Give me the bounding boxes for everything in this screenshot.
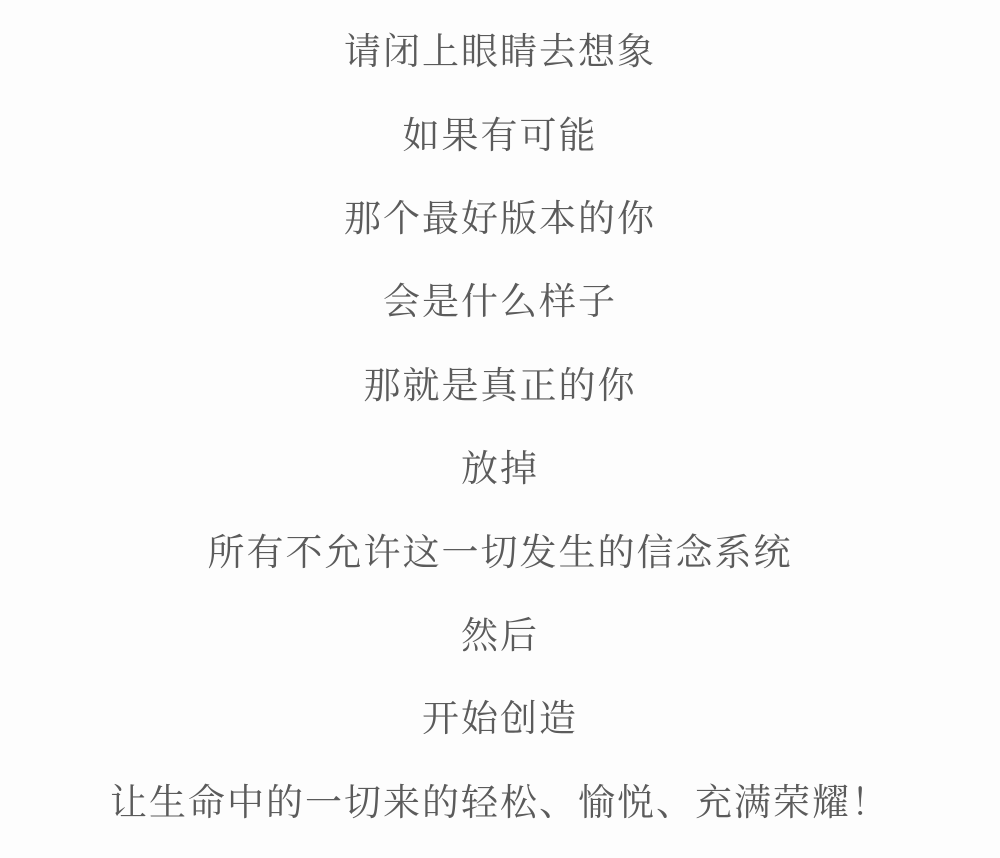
quote-line: 会是什么样子 xyxy=(0,260,1000,343)
quote-line: 如果有可能 xyxy=(0,93,1000,176)
quote-line: 那个最好版本的你 xyxy=(0,177,1000,260)
quote-line: 让生命中的一切来的轻松、愉悦、充满荣耀！ xyxy=(0,761,1000,844)
quote-text-page: 请闭上眼睛去想象 如果有可能 那个最好版本的你 会是什么样子 那就是真正的你 放… xyxy=(0,0,1000,858)
quote-line: 那就是真正的你 xyxy=(0,344,1000,427)
quote-line: 放掉 xyxy=(0,427,1000,510)
quote-line: 请闭上眼睛去想象 xyxy=(0,10,1000,93)
quote-line: 开始创造 xyxy=(0,677,1000,760)
quote-line: 所有不允许这一切发生的信念系统 xyxy=(0,510,1000,593)
quote-line: 然后 xyxy=(0,594,1000,677)
